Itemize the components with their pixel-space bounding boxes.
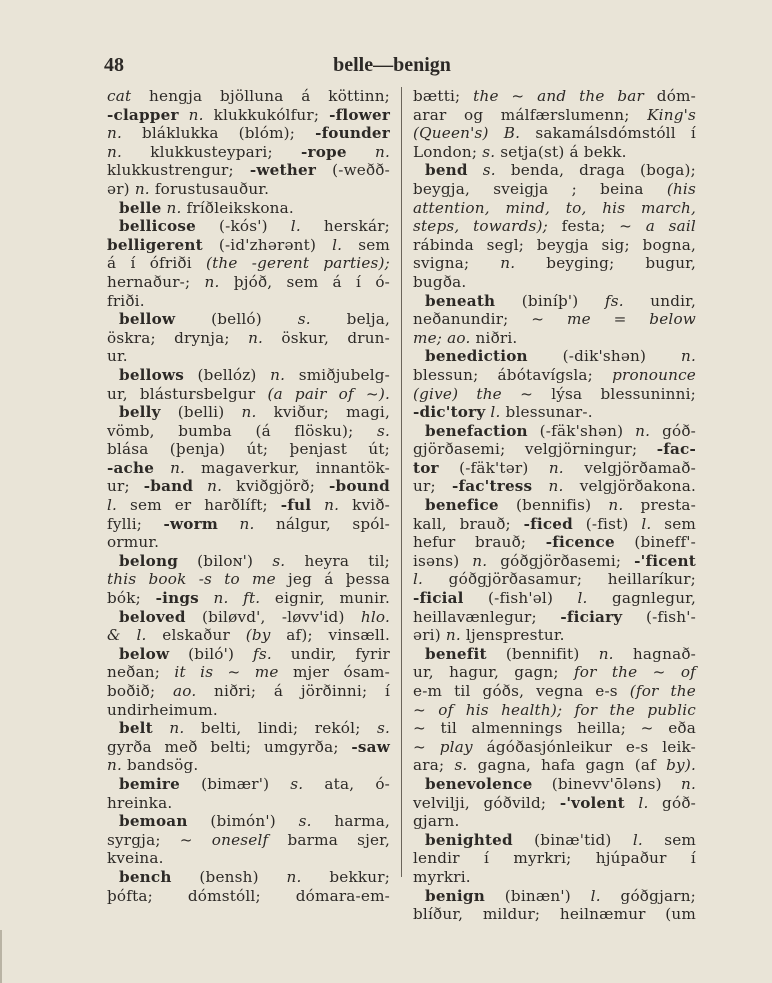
text-line: undirheimum. <box>107 701 390 720</box>
definition-text: arar og málfærslumenn; <box>413 106 647 124</box>
italic-text: (his <box>667 180 696 198</box>
italic-text: oneself <box>212 831 269 849</box>
definition-text: vömb, bumba (á flösku); <box>107 422 377 440</box>
definition-text: barma sjer, <box>268 831 390 849</box>
headword: bellicose <box>119 217 196 235</box>
headword: benefit <box>425 645 487 663</box>
text-line: belt n. belti, lindi; rekól; s. <box>107 719 390 738</box>
definition-text: ur; <box>107 477 144 495</box>
italic-text: s. <box>272 552 285 570</box>
definition-text: (-weðð- <box>316 161 390 179</box>
italic-text: King's <box>647 106 696 124</box>
definition-text: hagnað- <box>614 645 696 663</box>
text-line: fylli; -worm n. nálgur, spól- <box>107 515 390 534</box>
text-line: steps, towards); festa; ~ a sail <box>413 217 696 236</box>
italic-text: l. <box>332 236 342 254</box>
italic-text: n. <box>549 459 564 477</box>
italic-text: l. <box>577 589 587 607</box>
text-line: belong (biloɴ') s. heyra til; <box>107 552 390 571</box>
definition-text: (-id'zhərənt) <box>203 236 332 254</box>
italic-text: ~ of his health); for the public <box>413 701 696 719</box>
text-line: bætti; the ~ and the bar dóm- <box>413 87 696 106</box>
headword: bend <box>425 161 468 179</box>
text-line: belly (belli) n. kviður; magi, <box>107 403 390 422</box>
text-line: -dic'tory l. blessunar-. <box>413 403 696 422</box>
italic-text: n. <box>608 496 623 514</box>
text-line: benevolence (binevv'ōləns) n. <box>413 775 696 794</box>
definition-text: ormur. <box>107 533 159 551</box>
definition-text: svigna; <box>413 254 500 272</box>
text-line: ur, hagur, gagn; for the ~ of <box>413 663 696 682</box>
headword: belligerent <box>107 236 203 254</box>
definition-text: (biloɴ') <box>178 552 272 570</box>
headword: belt <box>119 719 153 737</box>
definition-text: setja(st) á bekk. <box>495 143 626 161</box>
definition-text: (bennifit) <box>487 645 599 663</box>
italic-text: ao. <box>173 682 196 700</box>
definition-text: smiðjubelg- <box>285 366 390 384</box>
text-line: (Queen's) B. sakamálsdómstóll í <box>413 124 696 143</box>
text-line: ur; -fac'tress n. velgjörðakona. <box>413 477 696 496</box>
definition-text: bekkur; <box>302 868 390 886</box>
headword: -rope <box>301 143 347 161</box>
text-line: öskra; drynja; n. öskur, drun- <box>107 329 390 348</box>
italic-text: n. <box>189 106 204 124</box>
definition-text: jeg á þessa <box>276 570 390 588</box>
text-line: bellicose (-kós') l. herskár; <box>107 217 390 236</box>
headword: beneath <box>425 292 495 310</box>
definition-text: af); vinsæll. <box>271 626 390 644</box>
definition-text: hefur brauð; <box>413 533 546 551</box>
text-line: belligerent (-id'zhərənt) l. sem <box>107 236 390 255</box>
headword: -ful <box>281 496 311 514</box>
text-line: -ache n. magaverkur, innantök- <box>107 459 390 478</box>
text-line: þófta; dómstóll; dómara-em- <box>107 887 390 906</box>
italic-text: l. <box>413 570 423 588</box>
definition-text: niðri; á jörðinni; í <box>196 682 390 700</box>
headword: -founder <box>315 124 390 142</box>
definition-text: ur; <box>413 477 452 495</box>
text-line: blíður, mildur; heilnæmur (um <box>413 905 696 924</box>
headword: bemire <box>119 775 180 793</box>
text-line: neðan; it is ~ me mjer ósam- <box>107 663 390 682</box>
definition-text <box>218 515 239 533</box>
italic-text: (the -gerent parties); <box>206 254 390 272</box>
text-line: ur; -band n. kviðgjörð; -bound <box>107 477 390 496</box>
definition-text: bók; <box>107 589 156 607</box>
text-line: friði. <box>107 292 390 311</box>
text-line: bemoan (bimón') s. harma, <box>107 812 390 831</box>
italic-text: n. <box>287 868 302 886</box>
definition-text: ara; <box>413 756 454 774</box>
definition-text: dóm- <box>644 87 696 105</box>
italic-text: n. <box>135 180 150 198</box>
text-line: əri) n. ljensprestur. <box>413 626 696 645</box>
italic-text: below <box>649 310 696 328</box>
text-line: bellow (belló) s. belja, <box>107 310 390 329</box>
definition-text: nálgur, spól- <box>255 515 390 533</box>
text-line: hefur brauð; -ficence (bineff'- <box>413 533 696 552</box>
definition-text: herskár; <box>301 217 390 235</box>
italic-text: n. <box>599 645 614 663</box>
italic-text: cat <box>107 87 131 105</box>
italic-text: steps, towards); <box>413 217 548 235</box>
headword: -dic'tory <box>413 403 485 421</box>
italic-text: s. <box>377 422 390 440</box>
italic-text: a sail <box>646 217 696 235</box>
text-line: á í ófriði (the -gerent parties); <box>107 254 390 273</box>
text-line: n. bandsög. <box>107 756 390 775</box>
italic-text: n. ft. <box>214 589 261 607</box>
headword: benediction <box>425 347 528 365</box>
definition-text: sakamálsdómstóll í <box>520 124 696 142</box>
definition-text: (bineff'- <box>615 533 696 551</box>
text-line: belle n. fríðleikskona. <box>107 199 390 218</box>
definition-text: myrkri. <box>413 868 471 886</box>
italic-text: the ~ and the bar <box>473 87 644 105</box>
right-column: bætti; the ~ and the bar dóm-arar og mál… <box>413 87 696 924</box>
definition-text: hreinka. <box>107 794 172 812</box>
text-line: below (biló') fs. undir, fyrir <box>107 645 390 664</box>
definition-text: neðanundir; ~ <box>413 310 567 328</box>
text-line: isəns) n. góðgjörðasemi; -'ficent <box>413 552 696 571</box>
headword: -clapper <box>107 106 179 124</box>
text-line: benediction (-dik'shən) n. <box>413 347 696 366</box>
definition-text: boðið; <box>107 682 173 700</box>
text-line: ur, blástursbelgur (a pair of ~). <box>107 385 390 404</box>
text-line: this book -s to me jeg á þessa <box>107 570 390 589</box>
definition-text: góð- <box>648 794 696 812</box>
headword: below <box>119 645 169 663</box>
text-line: -clapper n. klukkukólfur; -flower <box>107 106 390 125</box>
definition-text: kveina. <box>107 849 164 867</box>
definition-text: ər) <box>107 180 135 198</box>
text-line: hernaður-; n. þjóð, sem á í ó- <box>107 273 390 292</box>
text-line: klukkustrengur; -wether (-weðð- <box>107 161 390 180</box>
definition-text: sem <box>651 515 696 533</box>
definition-text: ur. <box>107 347 128 365</box>
definition-text: (-dik'shən) <box>528 347 681 365</box>
italic-text: n. <box>549 477 564 495</box>
definition-text: (belli) <box>161 403 242 421</box>
definition-text: undirheimum. <box>107 701 218 719</box>
definition-text: (bimær') <box>180 775 290 793</box>
definition-text <box>179 106 189 124</box>
definition-text: (bellóz) <box>184 366 270 384</box>
definition-text: heyra til; <box>285 552 390 570</box>
text-line: ~ of his health); for the public <box>413 701 696 720</box>
text-line: bellows (bellóz) n. smiðjubelg- <box>107 366 390 385</box>
italic-text: s. <box>482 143 495 161</box>
italic-text: n. <box>167 199 182 217</box>
definition-text: belti, lindi; rekól; <box>184 719 377 737</box>
definition-text: fylli; <box>107 515 164 533</box>
definition-text <box>154 459 170 477</box>
definition-text: ljensprestur. <box>461 626 565 644</box>
headword: benefice <box>425 496 499 514</box>
text-line: kall, brauð; -ficed (-fist) l. sem <box>413 515 696 534</box>
definition-text <box>532 477 548 495</box>
text-line: & l. elskaður (by af); vinsæll. <box>107 626 390 645</box>
italic-text: n. <box>500 254 515 272</box>
text-line: beygja, sveigja ; beina (his <box>413 180 696 199</box>
headword: -worm <box>164 515 219 533</box>
text-line: lendir í myrkri; hjúpaður í <box>413 849 696 868</box>
text-line: n. klukkusteypari; -rope n. <box>107 143 390 162</box>
headword: beloved <box>119 608 186 626</box>
text-line: gyrða með belti; umgyrða; -saw <box>107 738 390 757</box>
italic-text: s. <box>483 161 496 179</box>
text-line: benefit (bennifit) n. hagnað- <box>413 645 696 664</box>
text-line: tor (-fäk'tər) n. velgjörðamað- <box>413 459 696 478</box>
italic-text: n. <box>170 459 185 477</box>
left-column: cat hengja bjölluna á köttinn;-clapper n… <box>107 87 390 905</box>
definition-text: (-fäk'tər) <box>439 459 549 477</box>
headword: belly <box>119 403 161 421</box>
italic-text: n. <box>635 422 650 440</box>
definition-text: velvilji, góðvild; <box>413 794 560 812</box>
definition-text: (biníþ') <box>495 292 605 310</box>
definition-text: ~ <box>413 738 440 756</box>
italic-text: fs. <box>253 645 272 663</box>
definition-text: mjer ósam- <box>279 663 390 681</box>
headword: -'volent <box>560 794 625 812</box>
italic-text: l. <box>591 887 601 905</box>
text-line: kveina. <box>107 849 390 868</box>
definition-text: góð- <box>650 422 696 440</box>
definition-text: festa; ~ <box>548 217 646 235</box>
headword: -band <box>144 477 193 495</box>
definition-text: (belló) <box>175 310 298 328</box>
headword: -ficiary <box>560 608 622 626</box>
definition-text: (binæn') <box>485 887 591 905</box>
text-line: boðið; ao. niðri; á jörðinni; í <box>107 682 390 701</box>
definition-text: niðri. <box>471 329 518 347</box>
italic-text: n. <box>375 143 390 161</box>
text-line: bók; -ings n. ft. eignir, munir. <box>107 589 390 608</box>
text-line: London; s. setja(st) á bekk. <box>413 143 696 162</box>
definition-text: beyging; bugur, <box>515 254 696 272</box>
definition-text: klukkustrengur; <box>107 161 250 179</box>
page-edge-shadow <box>0 930 2 983</box>
page-header: 48 belle—benign <box>104 54 680 80</box>
column-divider <box>401 87 402 877</box>
definition-text: eignir, munir. <box>260 589 390 607</box>
definition-text: kviður; magi, <box>257 403 391 421</box>
text-line: ~ play ágóðasjónleikur e-s leik- <box>413 738 696 757</box>
italic-text: n. <box>681 347 696 365</box>
text-line: e-m til góðs, vegna e-s (for the <box>413 682 696 701</box>
definition-text: blessun; ábótavígsla; <box>413 366 612 384</box>
definition-text: gjarn. <box>413 812 460 830</box>
definition-text: (binæ'tid) <box>513 831 633 849</box>
italic-text: n. <box>107 143 122 161</box>
definition-text: sem er harðlíft; <box>117 496 281 514</box>
italic-text: l. <box>107 496 117 514</box>
definition-text: syrgja; ~ <box>107 831 212 849</box>
definition-text: undir, fyrir <box>272 645 390 663</box>
text-line: l. góðgjörðasamur; heillaríkur; <box>413 570 696 589</box>
text-line: hreinka. <box>107 794 390 813</box>
definition-text: lendir í myrkri; hjúpaður í <box>413 849 696 867</box>
headword: benevolence <box>425 775 533 793</box>
definition-text: ágóðasjónleikur e-s leik- <box>473 738 696 756</box>
definition-text: góðgjörðasemi; <box>487 552 634 570</box>
text-line: bend s. benda, draga (boga); <box>413 161 696 180</box>
headword: -'ficent <box>634 552 696 570</box>
italic-text: l. <box>641 515 651 533</box>
text-line: beloved (biløvd', -løvv'id) hlo. <box>107 608 390 627</box>
headword: tor <box>413 459 439 477</box>
definition-text: isəns) <box>413 552 472 570</box>
headword: -ache <box>107 459 154 477</box>
definition-text: (bimón') <box>188 812 299 830</box>
text-line: -ficial (-fish'əl) l. gagnlegur, <box>413 589 696 608</box>
text-line: me; ao. niðri. <box>413 329 696 348</box>
definition-text: ur, blástursbelgur <box>107 385 267 403</box>
definition-text: velgjörðakona. <box>564 477 696 495</box>
headword: -ficed <box>524 515 573 533</box>
italic-text: n. <box>240 515 255 533</box>
definition-text: neðan; <box>107 663 174 681</box>
text-line: benefaction (-fäk'shən) n. góð- <box>413 422 696 441</box>
definition-text: e-m til góðs, vegna e-s <box>413 682 630 700</box>
text-line: benighted (binæ'tid) l. sem <box>413 831 696 850</box>
definition-text: bandsög. <box>122 756 198 774</box>
text-line: benign (binæn') l. góðgjarn; <box>413 887 696 906</box>
definition-text <box>311 496 324 514</box>
definition-text: forustusauður. <box>150 180 269 198</box>
italic-text: n. <box>241 403 256 421</box>
text-line: attention, mind, to, his march, <box>413 199 696 218</box>
definition-text <box>625 794 639 812</box>
definition-text: öskra; drynja; <box>107 329 248 347</box>
text-line: svigna; n. beyging; bugur, <box>413 254 696 273</box>
definition-text: velgjörðamað- <box>564 459 696 477</box>
headword: bench <box>119 868 172 886</box>
italic-text: play <box>440 738 473 756</box>
definition-text <box>153 719 169 737</box>
definition-text: = <box>591 310 650 328</box>
definition-text: (bennifis) <box>499 496 609 514</box>
definition-text: heillavænlegur; <box>413 608 560 626</box>
italic-text: s. <box>454 756 467 774</box>
italic-text: me; ao. <box>413 329 471 347</box>
italic-text: me <box>567 310 591 328</box>
headword: bellows <box>119 366 184 384</box>
definition-text: undir, <box>624 292 696 310</box>
definition-text: sem <box>643 831 696 849</box>
italic-text: s. <box>377 719 390 737</box>
text-line: bench (bensh) n. bekkur; <box>107 868 390 887</box>
definition-text: (biløvd', -løvv'id) <box>186 608 361 626</box>
text-line: cat hengja bjölluna á köttinn; <box>107 87 390 106</box>
text-line: (give) the ~ lýsa blessuninni; <box>413 385 696 404</box>
text-line: ~ til almennings heilla; ~ eða <box>413 719 696 738</box>
italic-text: n. <box>270 366 285 384</box>
definition-text: presta- <box>623 496 696 514</box>
italic-text: n. <box>207 477 222 495</box>
definition-text: (-kós') <box>196 217 291 235</box>
dictionary-page: 48 belle—benign cat hengja bjölluna á kö… <box>0 0 772 983</box>
text-line: syrgja; ~ oneself barma sjer, <box>107 831 390 850</box>
definition-text: (-fist) <box>573 515 641 533</box>
italic-text: l. <box>633 831 643 849</box>
text-line: rábinda segl; beygja sig; bogna, <box>413 236 696 255</box>
headword: belle <box>119 199 161 217</box>
headword: bellow <box>119 310 175 328</box>
definition-text: elskaður <box>147 626 246 644</box>
definition-text: magaverkur, innantök- <box>185 459 390 477</box>
text-line: benefice (bennifis) n. presta- <box>413 496 696 515</box>
definition-text: friði. <box>107 292 145 310</box>
definition-text: klukkusteypari; <box>122 143 301 161</box>
text-line: vömb, bumba (á flösku); s. <box>107 422 390 441</box>
definition-text: (biló') <box>169 645 253 663</box>
definition-text: sem <box>342 236 390 254</box>
running-head: belle—benign <box>104 54 680 77</box>
italic-text: hlo. <box>361 608 390 626</box>
definition-text: rábinda segl; beygja sig; bogna, <box>413 236 696 254</box>
definition-text: beygja, sveigja ; beina <box>413 180 667 198</box>
text-line: n. bláklukka (blóm); -founder <box>107 124 390 143</box>
italic-text: n. <box>446 626 461 644</box>
definition-text: bætti; <box>413 87 473 105</box>
italic-text: l. <box>490 403 500 421</box>
definition-text: kall, brauð; <box>413 515 524 533</box>
text-line: ara; s. gagna, hafa gagn (af by). <box>413 756 696 775</box>
text-line: gjarn. <box>413 812 696 831</box>
text-line: arar og málfærslumenn; King's <box>413 106 696 125</box>
italic-text: (give) the ~ <box>413 385 533 403</box>
text-line: gjörðasemi; velgjörningur; -fac- <box>413 440 696 459</box>
definition-text: á í ófriði <box>107 254 206 272</box>
definition-text: ur, hagur, gagn; <box>413 663 574 681</box>
definition-text: ata, ó- <box>303 775 390 793</box>
headword: -fac'tress <box>452 477 532 495</box>
definition-text: (-fäk'shən) <box>528 422 635 440</box>
italic-text: (a pair of ~). <box>267 385 390 403</box>
definition-text <box>193 477 207 495</box>
definition-text: gagnlegur, <box>588 589 696 607</box>
definition-text: góðgjarn; <box>601 887 696 905</box>
definition-text: bugða. <box>413 273 466 291</box>
text-line: ər) n. forustusauður. <box>107 180 390 199</box>
headword: benign <box>425 887 485 905</box>
definition-text: góðgjörðasamur; heillaríkur; <box>423 570 696 588</box>
headword: -bound <box>329 477 390 495</box>
italic-text: n. <box>107 124 122 142</box>
text-line: bemire (bimær') s. ata, ó- <box>107 775 390 794</box>
italic-text: n. <box>205 273 220 291</box>
italic-text: this book -s to me <box>107 570 276 588</box>
definition-text: gyrða með belti; umgyrða; <box>107 738 351 756</box>
italic-text: (Queen's) B. <box>413 124 520 142</box>
definition-text: harma, <box>312 812 390 830</box>
italic-text: s. <box>298 310 311 328</box>
text-line: l. sem er harðlíft; -ful n. kvið- <box>107 496 390 515</box>
headword: benefaction <box>425 422 528 440</box>
headword: -fac- <box>657 440 696 458</box>
definition-text: hernaður-; <box>107 273 205 291</box>
italic-text: l. <box>291 217 301 235</box>
text-line: neðanundir; ~ me = below <box>413 310 696 329</box>
definition-text: (-fish'- <box>622 608 696 626</box>
italic-text: s. <box>299 812 312 830</box>
definition-text: fríðleikskona. <box>182 199 294 217</box>
italic-text: & l. <box>107 626 147 644</box>
definition-text: gjörðasemi; velgjörningur; <box>413 440 657 458</box>
